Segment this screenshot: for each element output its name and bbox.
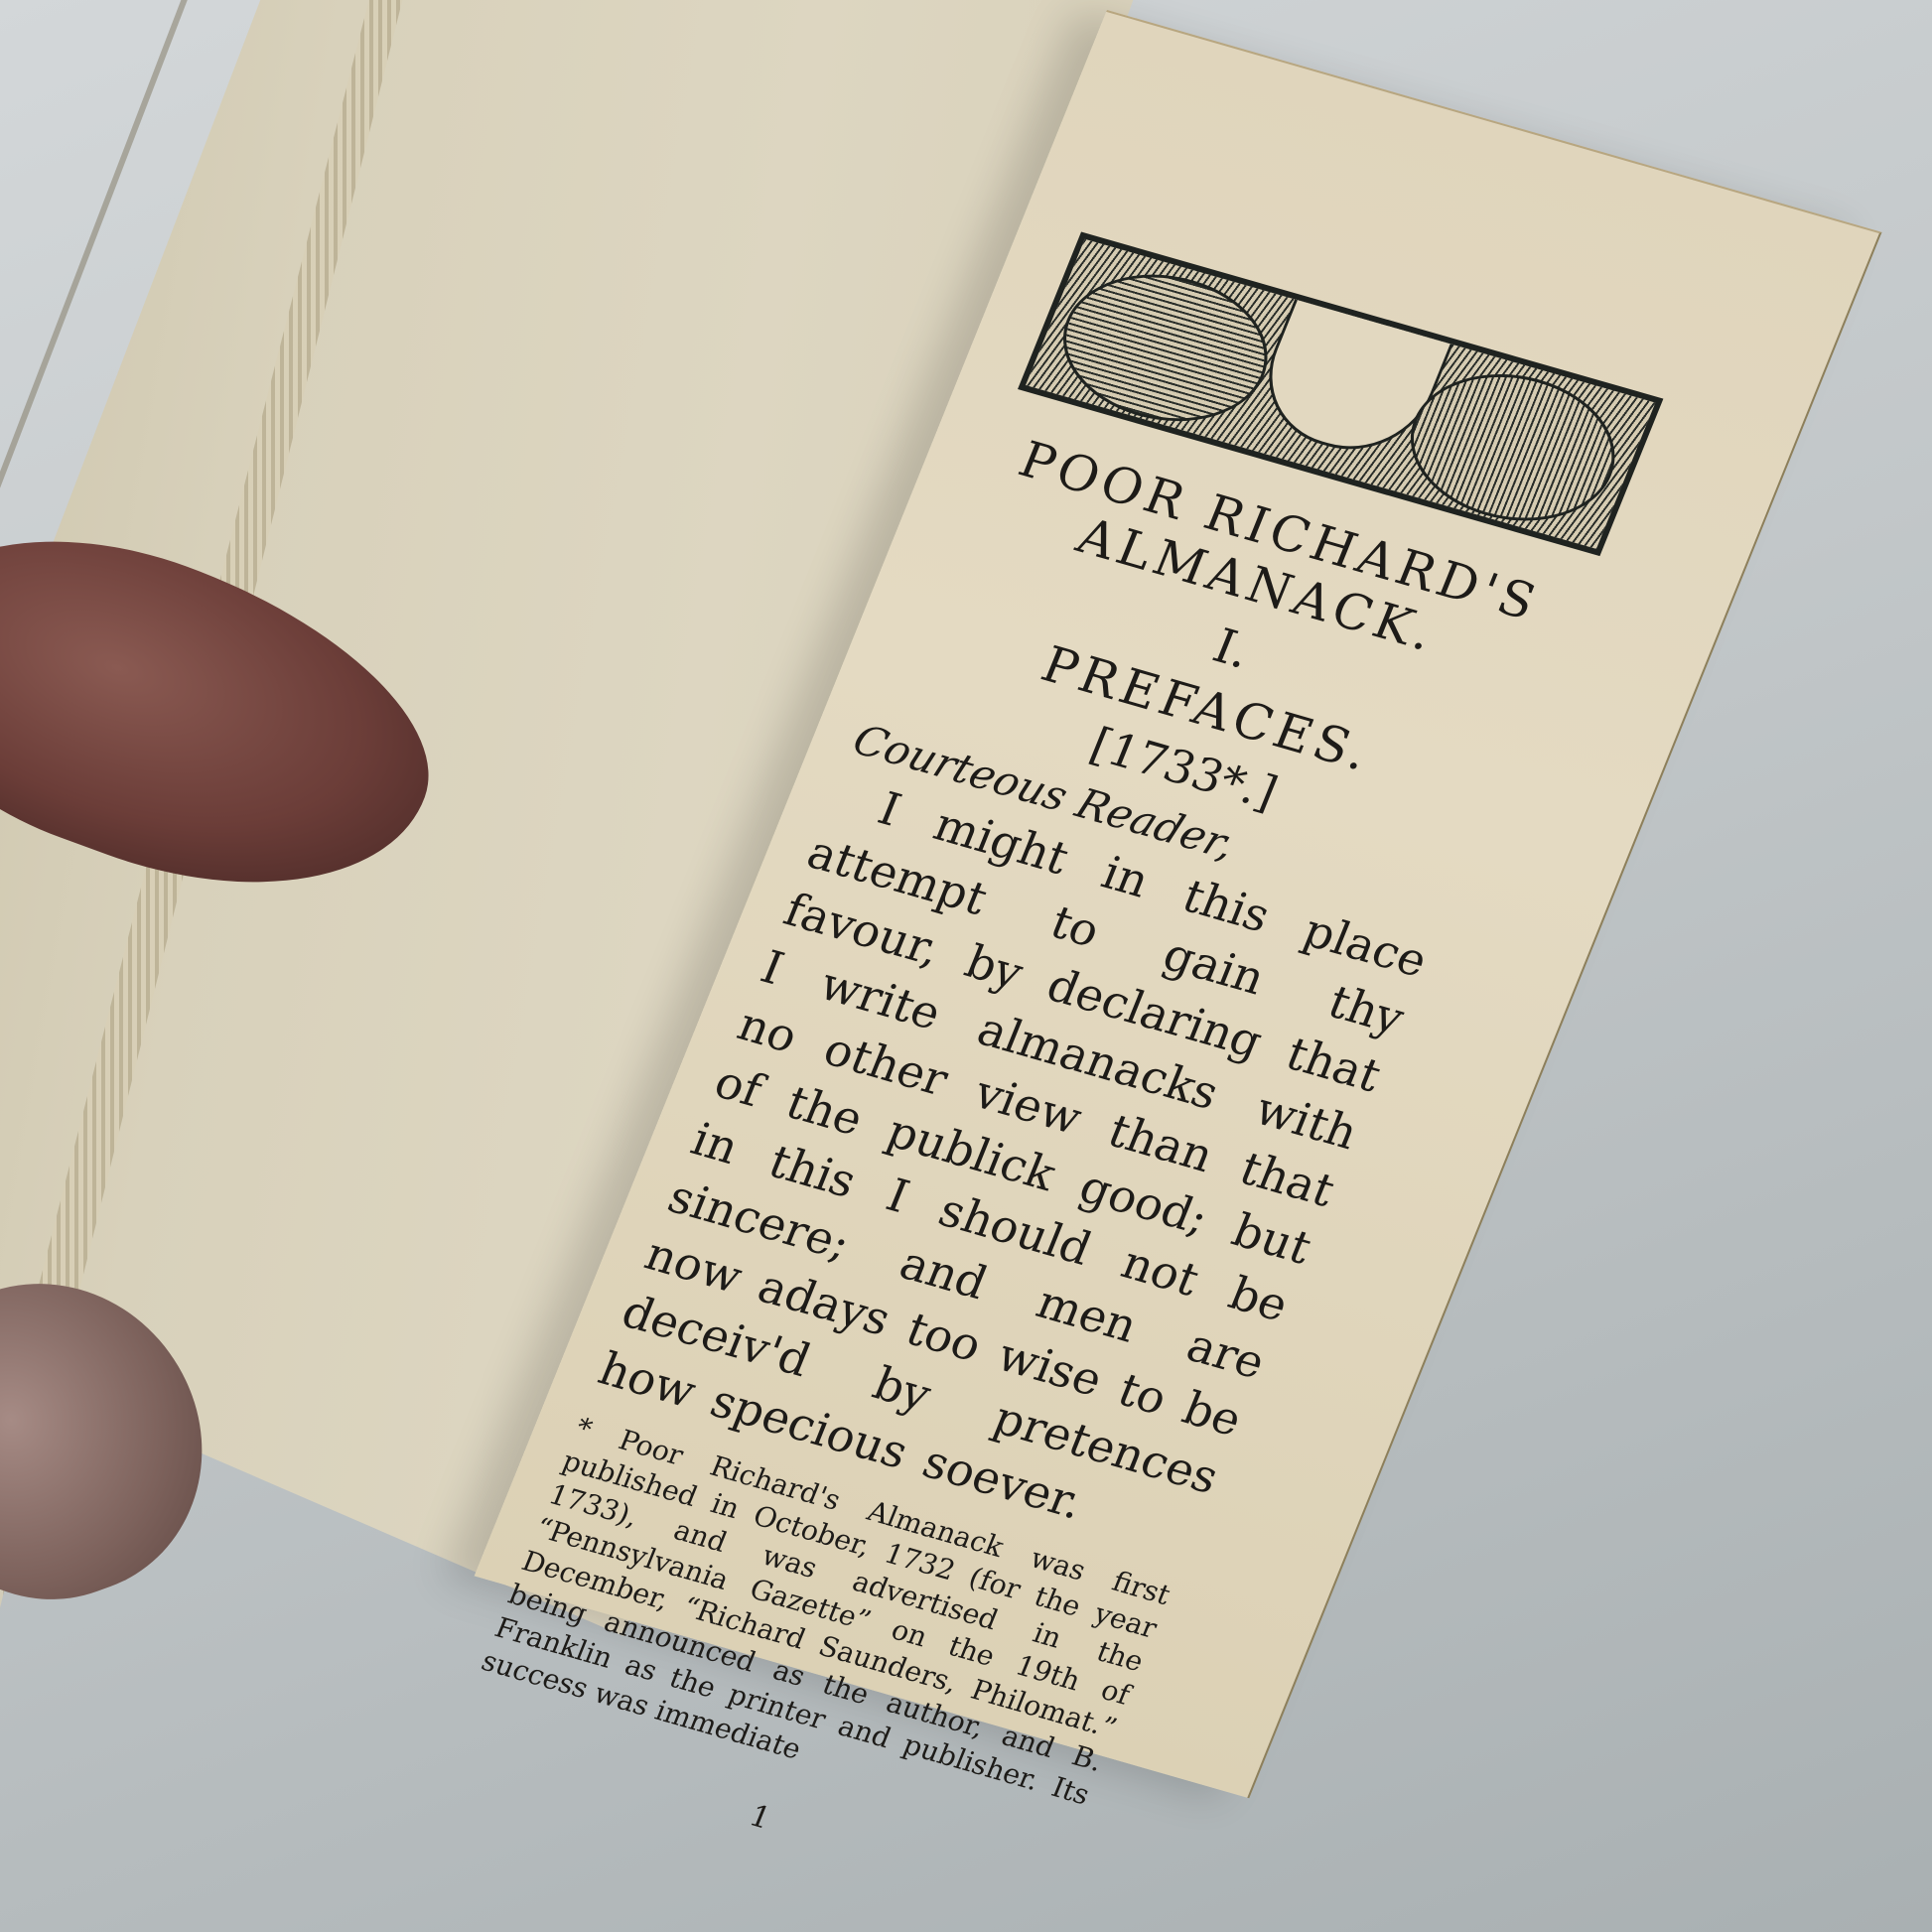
book-photo: POOR RICHARD'S ALMANACK. I. PREFACES. [1… (0, 0, 1932, 1932)
woodcut-center-scene (1245, 299, 1453, 468)
